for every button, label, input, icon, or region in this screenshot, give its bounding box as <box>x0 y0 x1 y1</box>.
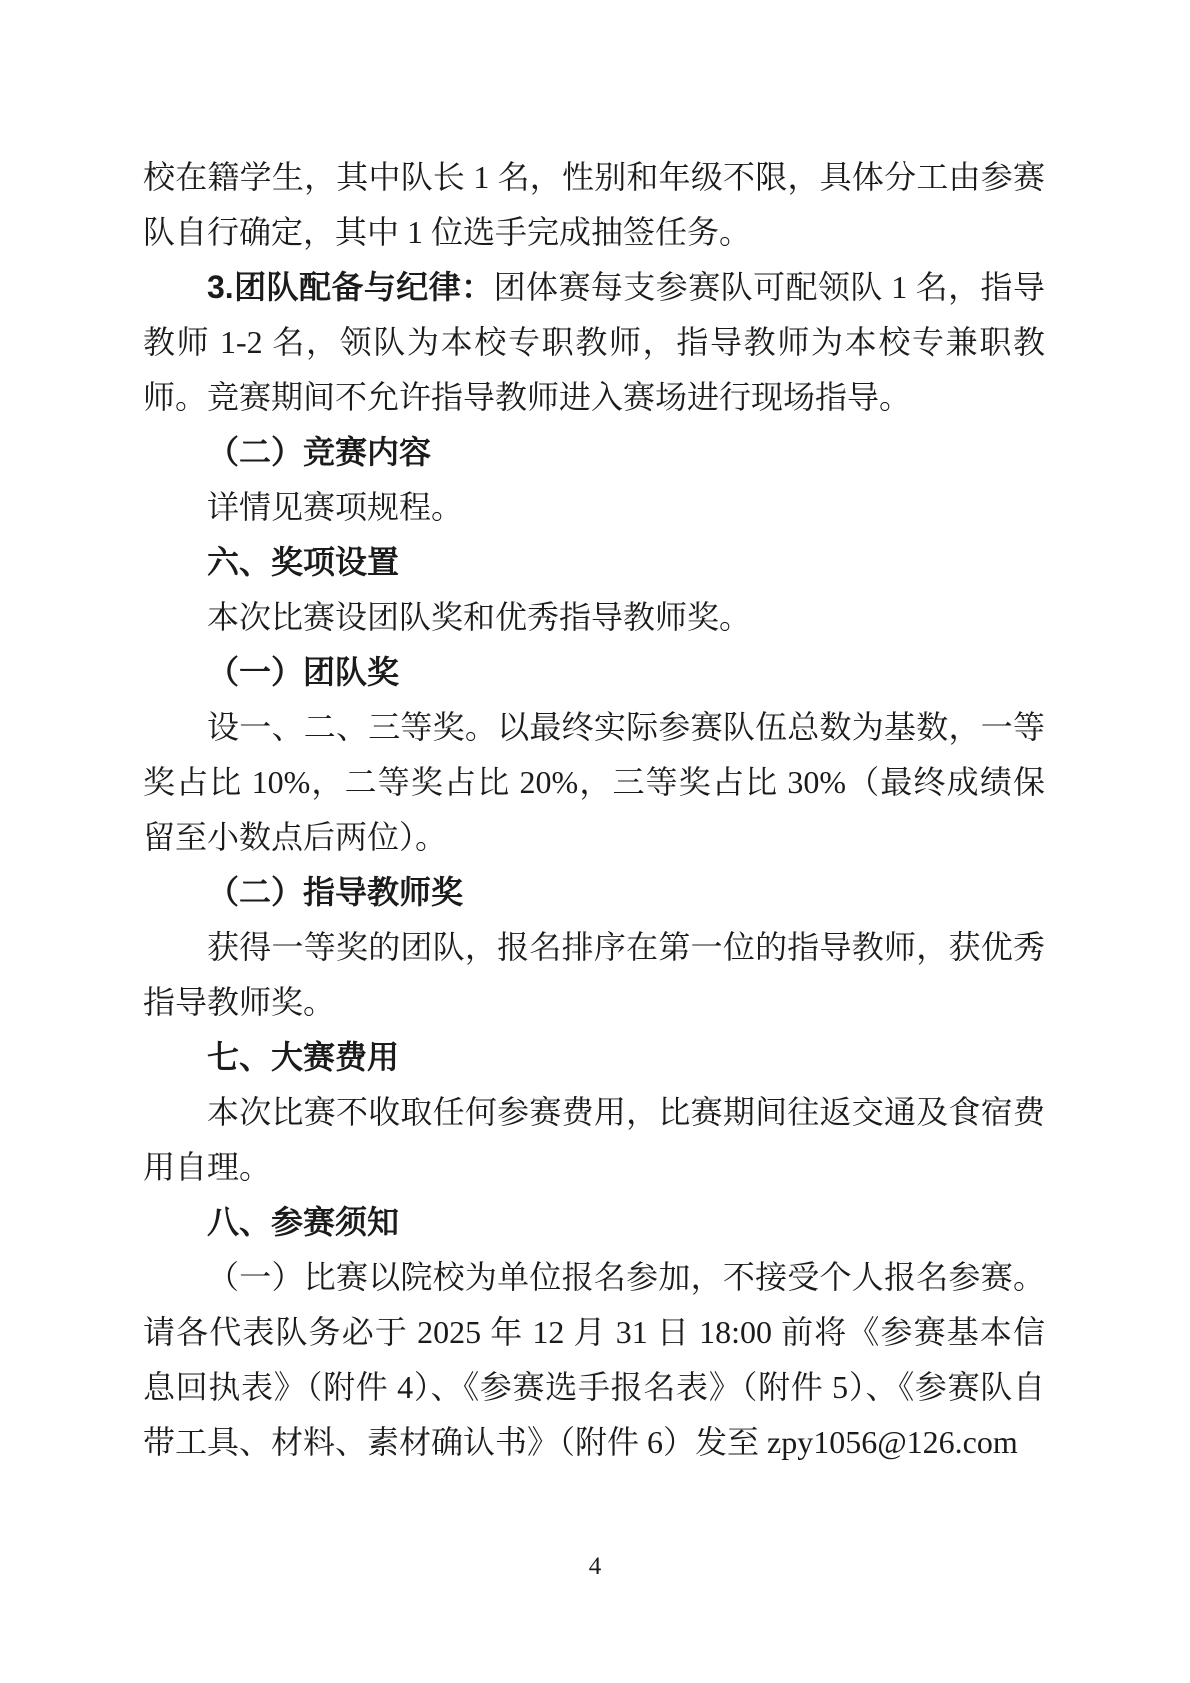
document-page: 校在籍学生，其中队长 1 名，性别和年级不限，具体分工由参赛队自行确定，其中 1… <box>0 0 1190 1683</box>
page-number: 4 <box>0 1552 1190 1582</box>
paragraph-registration-notice: （一）比赛以院校为单位报名参加，不接受个人报名参赛。请各代表队务必于 2025 … <box>143 1250 1045 1470</box>
paragraph-fees-detail: 本次比赛不收取任何参赛费用，比赛期间往返交通及食宿费用自理。 <box>143 1085 1045 1195</box>
paragraph-team-award-detail: 设一、二、三等奖。以最终实际参赛队伍总数为基数，一等奖占比 10%，二等奖占比 … <box>143 700 1045 865</box>
heading-competition-content: （二）竞赛内容 <box>143 425 1045 480</box>
paragraph-team-rules-lead: 3.团队配备与纪律： <box>207 269 494 305</box>
heading-award-setup: 六、奖项设置 <box>143 535 1045 590</box>
paragraph-content-detail: 详情见赛项规程。 <box>143 480 1045 535</box>
heading-competition-fees: 七、大赛费用 <box>143 1030 1045 1085</box>
paragraph-award-intro: 本次比赛设团队奖和优秀指导教师奖。 <box>143 590 1045 645</box>
paragraph-team-rules: 3.团队配备与纪律：团体赛每支参赛队可配领队 1 名，指导教师 1-2 名，领队… <box>143 260 1045 425</box>
paragraph-student-eligibility: 校在籍学生，其中队长 1 名，性别和年级不限，具体分工由参赛队自行确定，其中 1… <box>143 150 1045 260</box>
document-body: 校在籍学生，其中队长 1 名，性别和年级不限，具体分工由参赛队自行确定，其中 1… <box>143 150 1045 1470</box>
heading-team-award: （一）团队奖 <box>143 645 1045 700</box>
heading-teacher-award: （二）指导教师奖 <box>143 865 1045 920</box>
heading-participation-notice: 八、参赛须知 <box>143 1195 1045 1250</box>
paragraph-teacher-award-detail: 获得一等奖的团队，报名排序在第一位的指导教师，获优秀指导教师奖。 <box>143 920 1045 1030</box>
